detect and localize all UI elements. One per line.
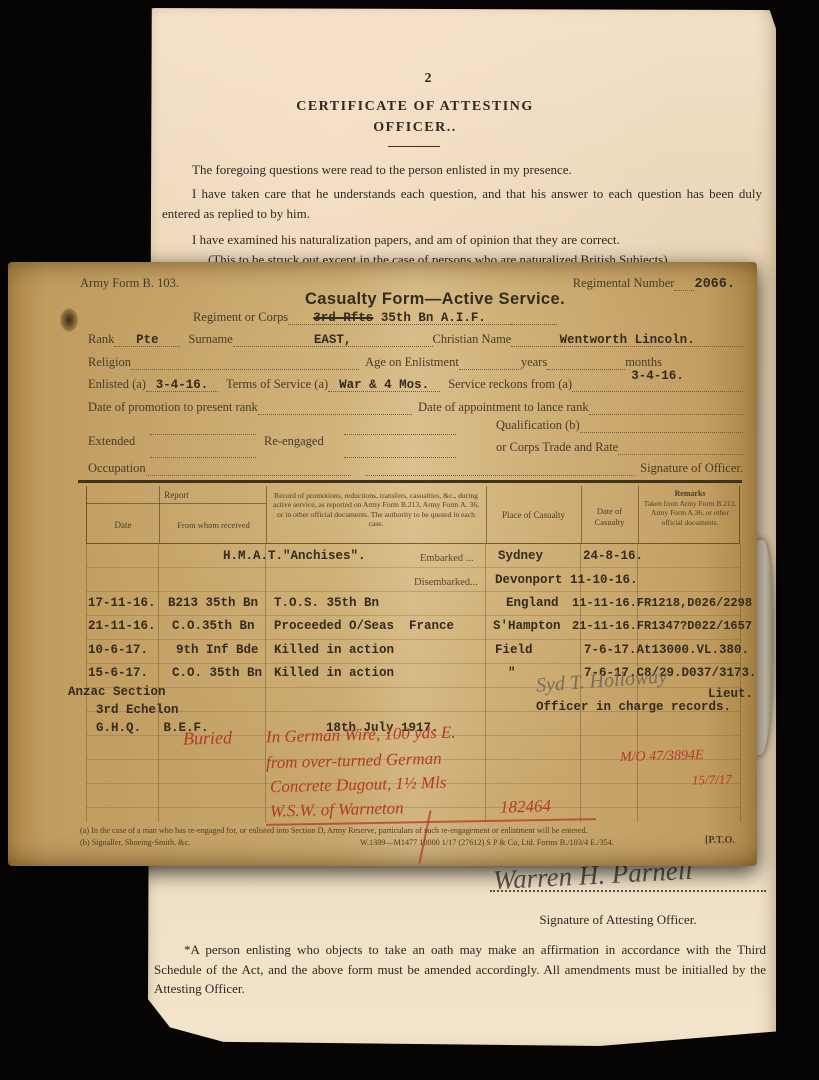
signature-line: [490, 890, 766, 892]
row-record: Proceeded O/Seas France: [274, 620, 454, 633]
row-date: 17-11-16.: [88, 597, 156, 610]
footnote-a: (a) In the case of a man who has re-enga…: [80, 826, 588, 835]
certificate-paragraph: I have examined his naturalization paper…: [162, 230, 762, 250]
row-record: Killed in action: [274, 667, 394, 680]
religion-label: Religion: [88, 355, 131, 370]
lance-label: Date of appointment to lance rank: [418, 400, 588, 415]
promotion-field: [258, 400, 412, 415]
occupation-label: Occupation: [88, 461, 146, 476]
col-remarks-note: Taken from Army Form B.213, Army Form A.…: [640, 499, 740, 527]
col-remarks: Remarks: [640, 489, 740, 499]
red-note-line: W.S.W. of Warneton: [270, 798, 404, 821]
reengaged-label: Re-engaged: [264, 434, 324, 449]
age-months-field: [547, 355, 625, 370]
divider: [388, 146, 440, 147]
paper-blemish: [60, 308, 78, 332]
enlisted-value: 3-4-16.: [156, 379, 209, 392]
row-place: England: [506, 597, 559, 610]
reengaged-field: [344, 420, 456, 435]
print-code: W.1389—M1477 10000 1/17 (27612) S P & Co…: [360, 838, 614, 847]
rank-label: Rank: [88, 332, 114, 347]
pto-label: [P.T.O.: [705, 835, 735, 846]
reckons-value: 3-4-16.: [631, 370, 684, 383]
promotion-label: Date of promotion to present rank: [88, 400, 258, 415]
red-note-keyword: Buried: [183, 727, 233, 749]
row-from: B213 35th Bn: [168, 597, 258, 610]
enlisted-label: Enlisted (a): [88, 377, 146, 392]
row-ref: 7-6-17.At13000.VL.380.: [584, 644, 749, 657]
terms-field: War & 4 Mos.: [328, 377, 440, 392]
footnote-b: (b) Signaller, Shoeing-Smith, &c.: [80, 838, 190, 847]
certificate-title: CERTIFICATE OF ATTESTING OFFICER..: [265, 96, 565, 138]
disembark-place: Devonport: [495, 574, 563, 587]
red-date: 15/7/17: [692, 771, 732, 788]
row-record: T.O.S. 35th Bn: [274, 597, 379, 610]
regimental-number-value: 2066.: [694, 278, 735, 292]
corps-trade-label: or Corps Trade and Rate: [496, 440, 618, 455]
officer-signature-label: Signature of Officer.: [640, 461, 743, 476]
anzac-section: Anzac Section: [68, 686, 166, 699]
row-from: 9th Inf Bde: [176, 644, 259, 657]
rank-field: Pte: [114, 332, 180, 347]
rank-value: Pte: [136, 334, 159, 347]
age-label: Age on Enlistment: [365, 355, 459, 370]
certificate-paragraph: I have taken care that he understands ea…: [162, 184, 762, 223]
qualification-label: Qualification (b): [496, 418, 580, 433]
age-years-field: [459, 355, 521, 370]
christian-name-field: Wentworth Lincoln.: [511, 332, 743, 347]
col-report: Report: [87, 490, 266, 501]
embark-date: 24-8-16.: [583, 550, 643, 563]
regiment-field: 3rd-Rfts 35th Bn A.I.F.: [288, 310, 511, 325]
col-place: Place of Casualty: [486, 510, 581, 521]
religion-field: [131, 355, 359, 370]
echelon: 3rd Echelon: [96, 704, 179, 717]
records-officer-rank: Lieut.: [708, 688, 753, 701]
reengaged-field: [344, 443, 456, 458]
surname-value: EAST,: [314, 334, 352, 347]
lance-field: [589, 400, 743, 415]
table-top-rule: [78, 480, 742, 483]
red-file-reference: M/O 47/3894E: [620, 748, 704, 766]
embarked-label: Embarked ...: [420, 553, 474, 564]
page-number: 2: [268, 68, 588, 89]
table-row-ship: H.M.A.T."Anchises".: [223, 550, 366, 563]
terms-label: Terms of Service (a): [226, 377, 328, 392]
row-date: 10-6-17.: [88, 644, 148, 657]
form-title: Casualty Form—Active Service.: [118, 290, 752, 309]
row-date: 21-11-16.: [88, 620, 156, 633]
qualification-field: [580, 418, 743, 433]
reckons-label: Service reckons from (a): [448, 377, 572, 392]
scanned-document: 2 CERTIFICATE OF ATTESTING OFFICER.. The…: [0, 0, 819, 1080]
regimental-number-label: Regimental Number: [573, 276, 675, 291]
row-place: S'Hampton: [493, 620, 561, 633]
col-from-whom: From whom received: [161, 520, 266, 531]
form-id: Army Form B. 103.: [80, 276, 179, 291]
service-record-table-header: Report Date From whom received Record of…: [86, 486, 740, 544]
records-officer-title: Officer in charge records.: [536, 701, 731, 714]
row-ref: 21-11-16.FR1347?D022/1657: [572, 620, 752, 632]
embark-place: Sydney: [498, 550, 543, 563]
dotted-leader: [511, 310, 557, 325]
dotted-leader: [674, 276, 694, 291]
regiment-label: Regiment or Corps: [193, 310, 288, 325]
extended-label: Extended: [88, 434, 135, 449]
disembarked-label: Disembarked...: [414, 577, 478, 588]
occupation-field: [146, 461, 351, 476]
enlisted-field: 3-4-16.: [146, 377, 218, 392]
terms-value: War & 4 Mos.: [339, 379, 429, 392]
disembark-date: 11-10-16.: [570, 574, 638, 587]
row-from: C.O. 35th Bn: [172, 667, 262, 680]
col-casualty-date: Date of Casualty: [581, 506, 638, 527]
certificate-paragraph: The foregoing questions were read to the…: [162, 160, 762, 180]
christian-name-value: Wentworth Lincoln.: [560, 334, 695, 347]
casualty-form-page: Army Form B. 103. Regimental Number 2066…: [8, 262, 757, 866]
row-record: Killed in action: [274, 644, 394, 657]
row-place: ": [508, 667, 516, 680]
years-label: years: [521, 355, 547, 370]
signature-caption: Signature of Attesting Officer.: [468, 910, 768, 930]
col-record: Record of promotions, reductions, transf…: [271, 491, 481, 529]
reckons-field: 3-4-16.: [572, 377, 743, 392]
col-date: Date: [87, 520, 159, 531]
row-ref: 11-11-16.FR1218,D026/2298: [572, 597, 752, 609]
regiment-value: 35th Bn A.I.F.: [373, 311, 486, 325]
red-map-reference: 182464: [500, 796, 552, 817]
surname-label: Surname: [188, 332, 232, 347]
dotted-leader: [365, 461, 635, 476]
christian-name-label: Christian Name: [433, 332, 512, 347]
row-date: 15-6-17.: [88, 667, 148, 680]
row-from: C.O.35th Bn: [172, 620, 255, 633]
certificate-footnote: *A person enlisting who objects to take …: [154, 940, 766, 999]
row-place: Field: [495, 644, 533, 657]
surname-field: EAST,: [233, 332, 433, 347]
extended-field: [150, 443, 256, 458]
extended-field: [150, 420, 256, 435]
corps-trade-field: [618, 440, 743, 455]
regiment-struck-value: 3rd-Rfts: [313, 311, 373, 325]
